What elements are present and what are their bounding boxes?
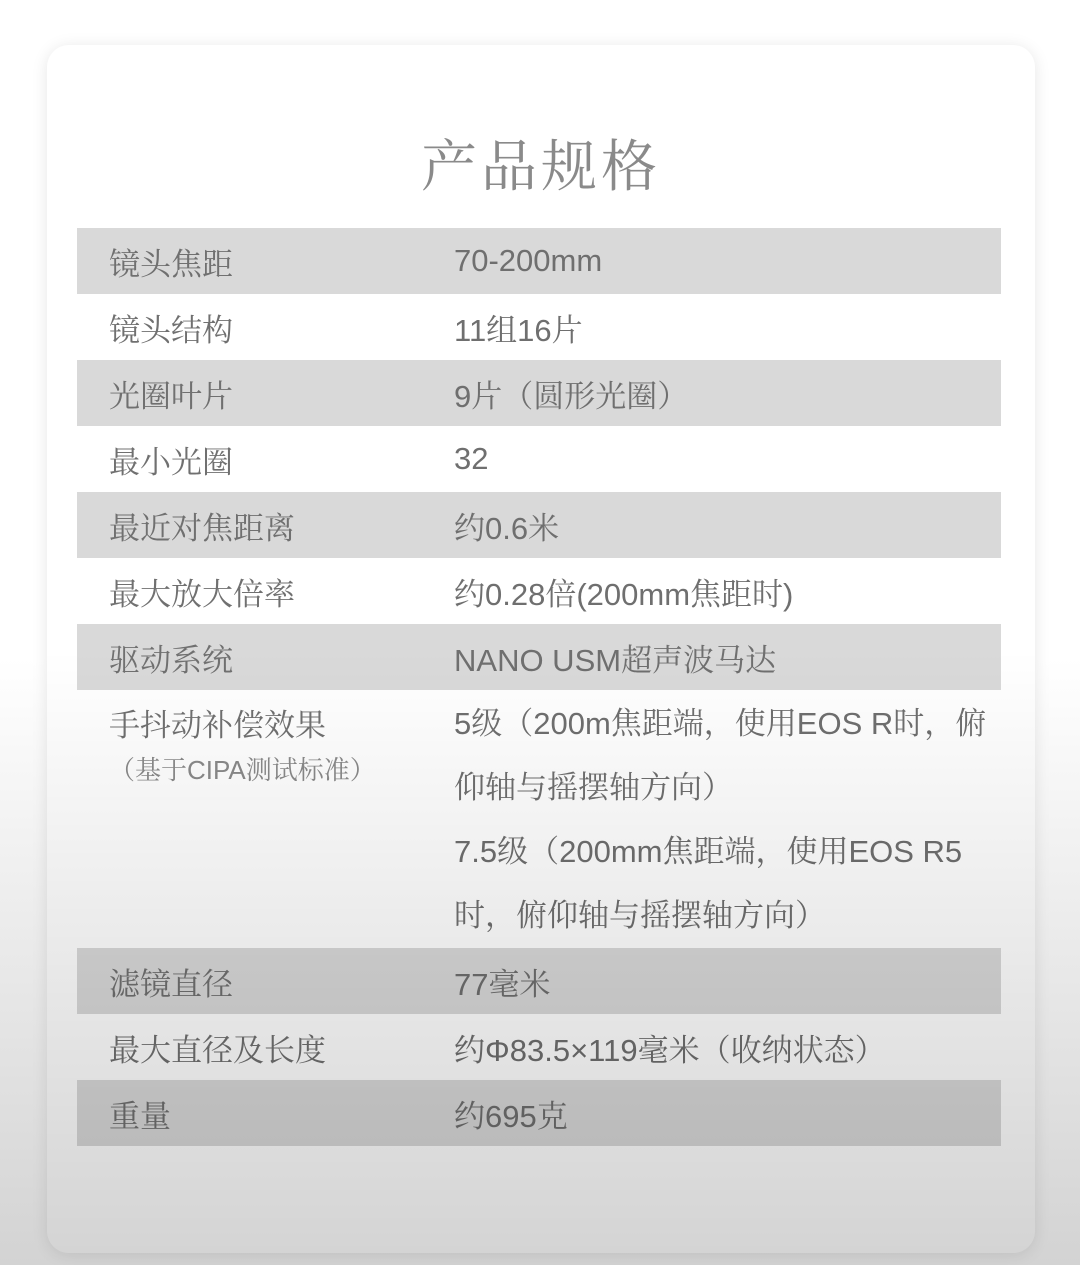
spec-value: 32 bbox=[454, 441, 1001, 477]
spec-label: 光圈叶片 bbox=[77, 371, 454, 416]
spec-row: 镜头结构 11组16片 bbox=[77, 294, 1001, 360]
page-title: 产品规格 bbox=[47, 123, 1035, 203]
spec-row: 光圈叶片 9片（圆形光圈） bbox=[77, 360, 1001, 426]
spec-card: 产品规格 镜头焦距 70-200mm 镜头结构 11组16片 光圈叶片 9片（圆… bbox=[47, 45, 1035, 1253]
spec-label: 手抖动补偿效果（基于CIPA测试标准） bbox=[77, 690, 454, 792]
spec-row: 镜头焦距 70-200mm bbox=[77, 228, 1001, 294]
spec-row: 滤镜直径 77毫米 bbox=[77, 948, 1001, 1014]
spec-row: 最近对焦距离 约0.6米 bbox=[77, 492, 1001, 558]
spec-row: 重量 约695克 bbox=[77, 1080, 1001, 1146]
spec-row: 最大直径及长度 约Φ83.5×119毫米（收纳状态） bbox=[77, 1014, 1001, 1080]
spec-row: 手抖动补偿效果（基于CIPA测试标准） 5级（200m焦距端，使用EOS R时，… bbox=[77, 690, 1001, 948]
spec-value: 约0.28倍(200mm焦距时) bbox=[454, 569, 1001, 614]
spec-value: 11组16片 bbox=[454, 305, 1001, 350]
spec-value: 约Φ83.5×119毫米（收纳状态） bbox=[454, 1025, 1001, 1070]
spec-label: 最小光圈 bbox=[77, 437, 454, 482]
spec-label: 最近对焦距离 bbox=[77, 503, 454, 548]
spec-row: 最大放大倍率 约0.28倍(200mm焦距时) bbox=[77, 558, 1001, 624]
spec-label: 重量 bbox=[77, 1091, 454, 1136]
spec-label: 最大放大倍率 bbox=[77, 569, 454, 614]
spec-label-note: （基于CIPA测试标准） bbox=[109, 748, 454, 792]
spec-value: 5级（200m焦距端，使用EOS R时，俯仰轴与摇摆轴方向）7.5级（200mm… bbox=[454, 690, 1001, 948]
spec-value: 9片（圆形光圈） bbox=[454, 371, 1001, 416]
spec-row: 驱动系统 NANO USM超声波马达 bbox=[77, 624, 1001, 690]
spec-value: 77毫米 bbox=[454, 959, 1001, 1004]
spec-label: 最大直径及长度 bbox=[77, 1025, 454, 1070]
spec-label: 滤镜直径 bbox=[77, 959, 454, 1004]
spec-value-line: 5级（200m焦距端，使用EOS R时，俯仰轴与摇摆轴方向） bbox=[454, 692, 993, 820]
spec-value: NANO USM超声波马达 bbox=[454, 635, 1001, 680]
spec-value-line: 7.5级（200mm焦距端，使用EOS R5时，俯仰轴与摇摆轴方向） bbox=[454, 820, 993, 948]
spec-value: 约0.6米 bbox=[454, 503, 1001, 548]
spec-table: 镜头焦距 70-200mm 镜头结构 11组16片 光圈叶片 9片（圆形光圈） … bbox=[77, 228, 1001, 1146]
spec-row: 最小光圈 32 bbox=[77, 426, 1001, 492]
spec-value: 70-200mm bbox=[454, 243, 1001, 279]
spec-label: 镜头焦距 bbox=[77, 239, 454, 284]
spec-label: 驱动系统 bbox=[77, 635, 454, 680]
spec-value: 约695克 bbox=[454, 1091, 1001, 1136]
spec-label: 镜头结构 bbox=[77, 305, 454, 350]
